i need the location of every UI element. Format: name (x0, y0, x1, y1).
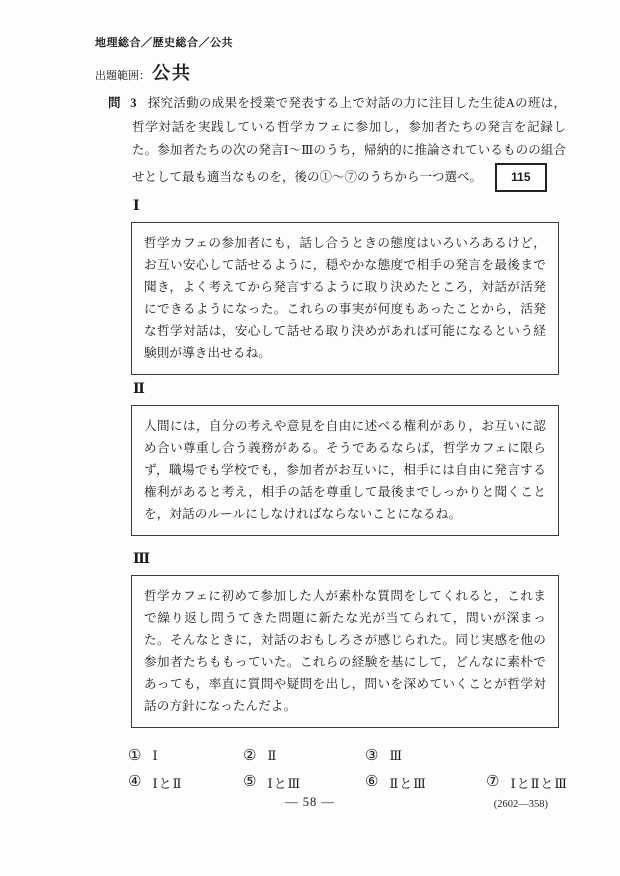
exam-scope-label: 出題範囲： (95, 67, 150, 83)
option-1[interactable]: ① Ⅰ (128, 748, 243, 764)
option-6-label: ⅡとⅢ (389, 773, 426, 792)
statement-1-box: 哲学カフェの参加者にも，話し合うときの態度はいろいろあるけど，お互い安心して話せ… (131, 222, 559, 375)
statement-1-label: Ⅰ (133, 198, 559, 215)
circled-4-icon: ④ (128, 775, 141, 790)
option-7-label: ⅠとⅡとⅢ (510, 773, 568, 792)
option-4-label: ⅠとⅡ (152, 773, 182, 792)
statement-3-label: Ⅲ (133, 551, 559, 568)
answer-number-box: 115 (495, 163, 546, 193)
page-header: 地理総合／歴史総合／公共 出題範囲： 公共 (95, 34, 233, 85)
statement-2-text: 人間には，自分の考えや意見を自由に述べる権利があり，お互いに認め合い尊重し合う義… (144, 415, 546, 525)
statement-section-1: Ⅰ 哲学カフェの参加者にも，話し合うときの態度はいろいろあるけど，お互い安心して… (131, 198, 559, 375)
options-grid-spacer (486, 748, 588, 764)
option-4[interactable]: ④ ⅠとⅡ (128, 773, 243, 792)
statement-2-box: 人間には，自分の考えや意見を自由に述べる権利があり，お互いに認め合い尊重し合う義… (131, 405, 559, 536)
option-6[interactable]: ⑥ ⅡとⅢ (365, 773, 486, 792)
statement-section-3: Ⅲ 哲学カフェに初めて参加した人が素朴な質問をしてくれると，これまで繰り返し問う… (131, 551, 559, 728)
circled-1-icon: ① (128, 749, 141, 764)
circled-3-icon: ③ (365, 749, 378, 764)
question-block: 問 3探究活動の成果を授業で発表する上で対話の力に注目した生徒Aの班は，哲学対話… (108, 92, 566, 192)
statement-2-label: Ⅱ (133, 381, 559, 398)
exam-page: 地理総合／歴史総合／公共 出題範囲： 公共 問 3探究活動の成果を授業で発表する… (0, 0, 620, 876)
statement-1-text: 哲学カフェの参加者にも，話し合うときの態度はいろいろあるけど，お互い安心して話せ… (144, 232, 546, 364)
option-7[interactable]: ⑦ ⅠとⅡとⅢ (486, 773, 588, 792)
question-number: 問 3 (108, 96, 139, 110)
option-2-label: Ⅱ (267, 748, 277, 764)
circled-2-icon: ② (243, 749, 256, 764)
option-2[interactable]: ② Ⅱ (243, 748, 365, 764)
circled-6-icon: ⑥ (365, 775, 378, 790)
statement-section-2: Ⅱ 人間には，自分の考えや意見を自由に述べる権利があり，お互いに認め合い尊重し合… (131, 381, 559, 536)
circled-7-icon: ⑦ (486, 775, 499, 790)
document-code: (2602—358) (494, 799, 548, 810)
circled-5-icon: ⑤ (243, 775, 256, 790)
statement-3-box: 哲学カフェに初めて参加した人が素朴な質問をしてくれると，これまで繰り返し問うてき… (131, 575, 559, 728)
subject-list: 地理総合／歴史総合／公共 (95, 34, 233, 50)
option-3-label: Ⅲ (389, 748, 403, 764)
option-5-label: ⅠとⅢ (267, 773, 301, 792)
option-1-label: Ⅰ (152, 748, 158, 764)
option-5[interactable]: ⑤ ⅠとⅢ (243, 773, 365, 792)
option-3[interactable]: ③ Ⅲ (365, 748, 486, 764)
answer-options: ① Ⅰ ② Ⅱ ③ Ⅲ ④ ⅠとⅡ ⑤ ⅠとⅢ ⑥ ⅡとⅢ ⑦ ⅠとⅡとⅢ (128, 748, 588, 792)
exam-scope-value: 公共 (152, 59, 192, 85)
statement-3-text: 哲学カフェに初めて参加した人が素朴な質問をしてくれると，これまで繰り返し問うてき… (144, 585, 546, 717)
exam-scope: 出題範囲： 公共 (95, 59, 233, 85)
